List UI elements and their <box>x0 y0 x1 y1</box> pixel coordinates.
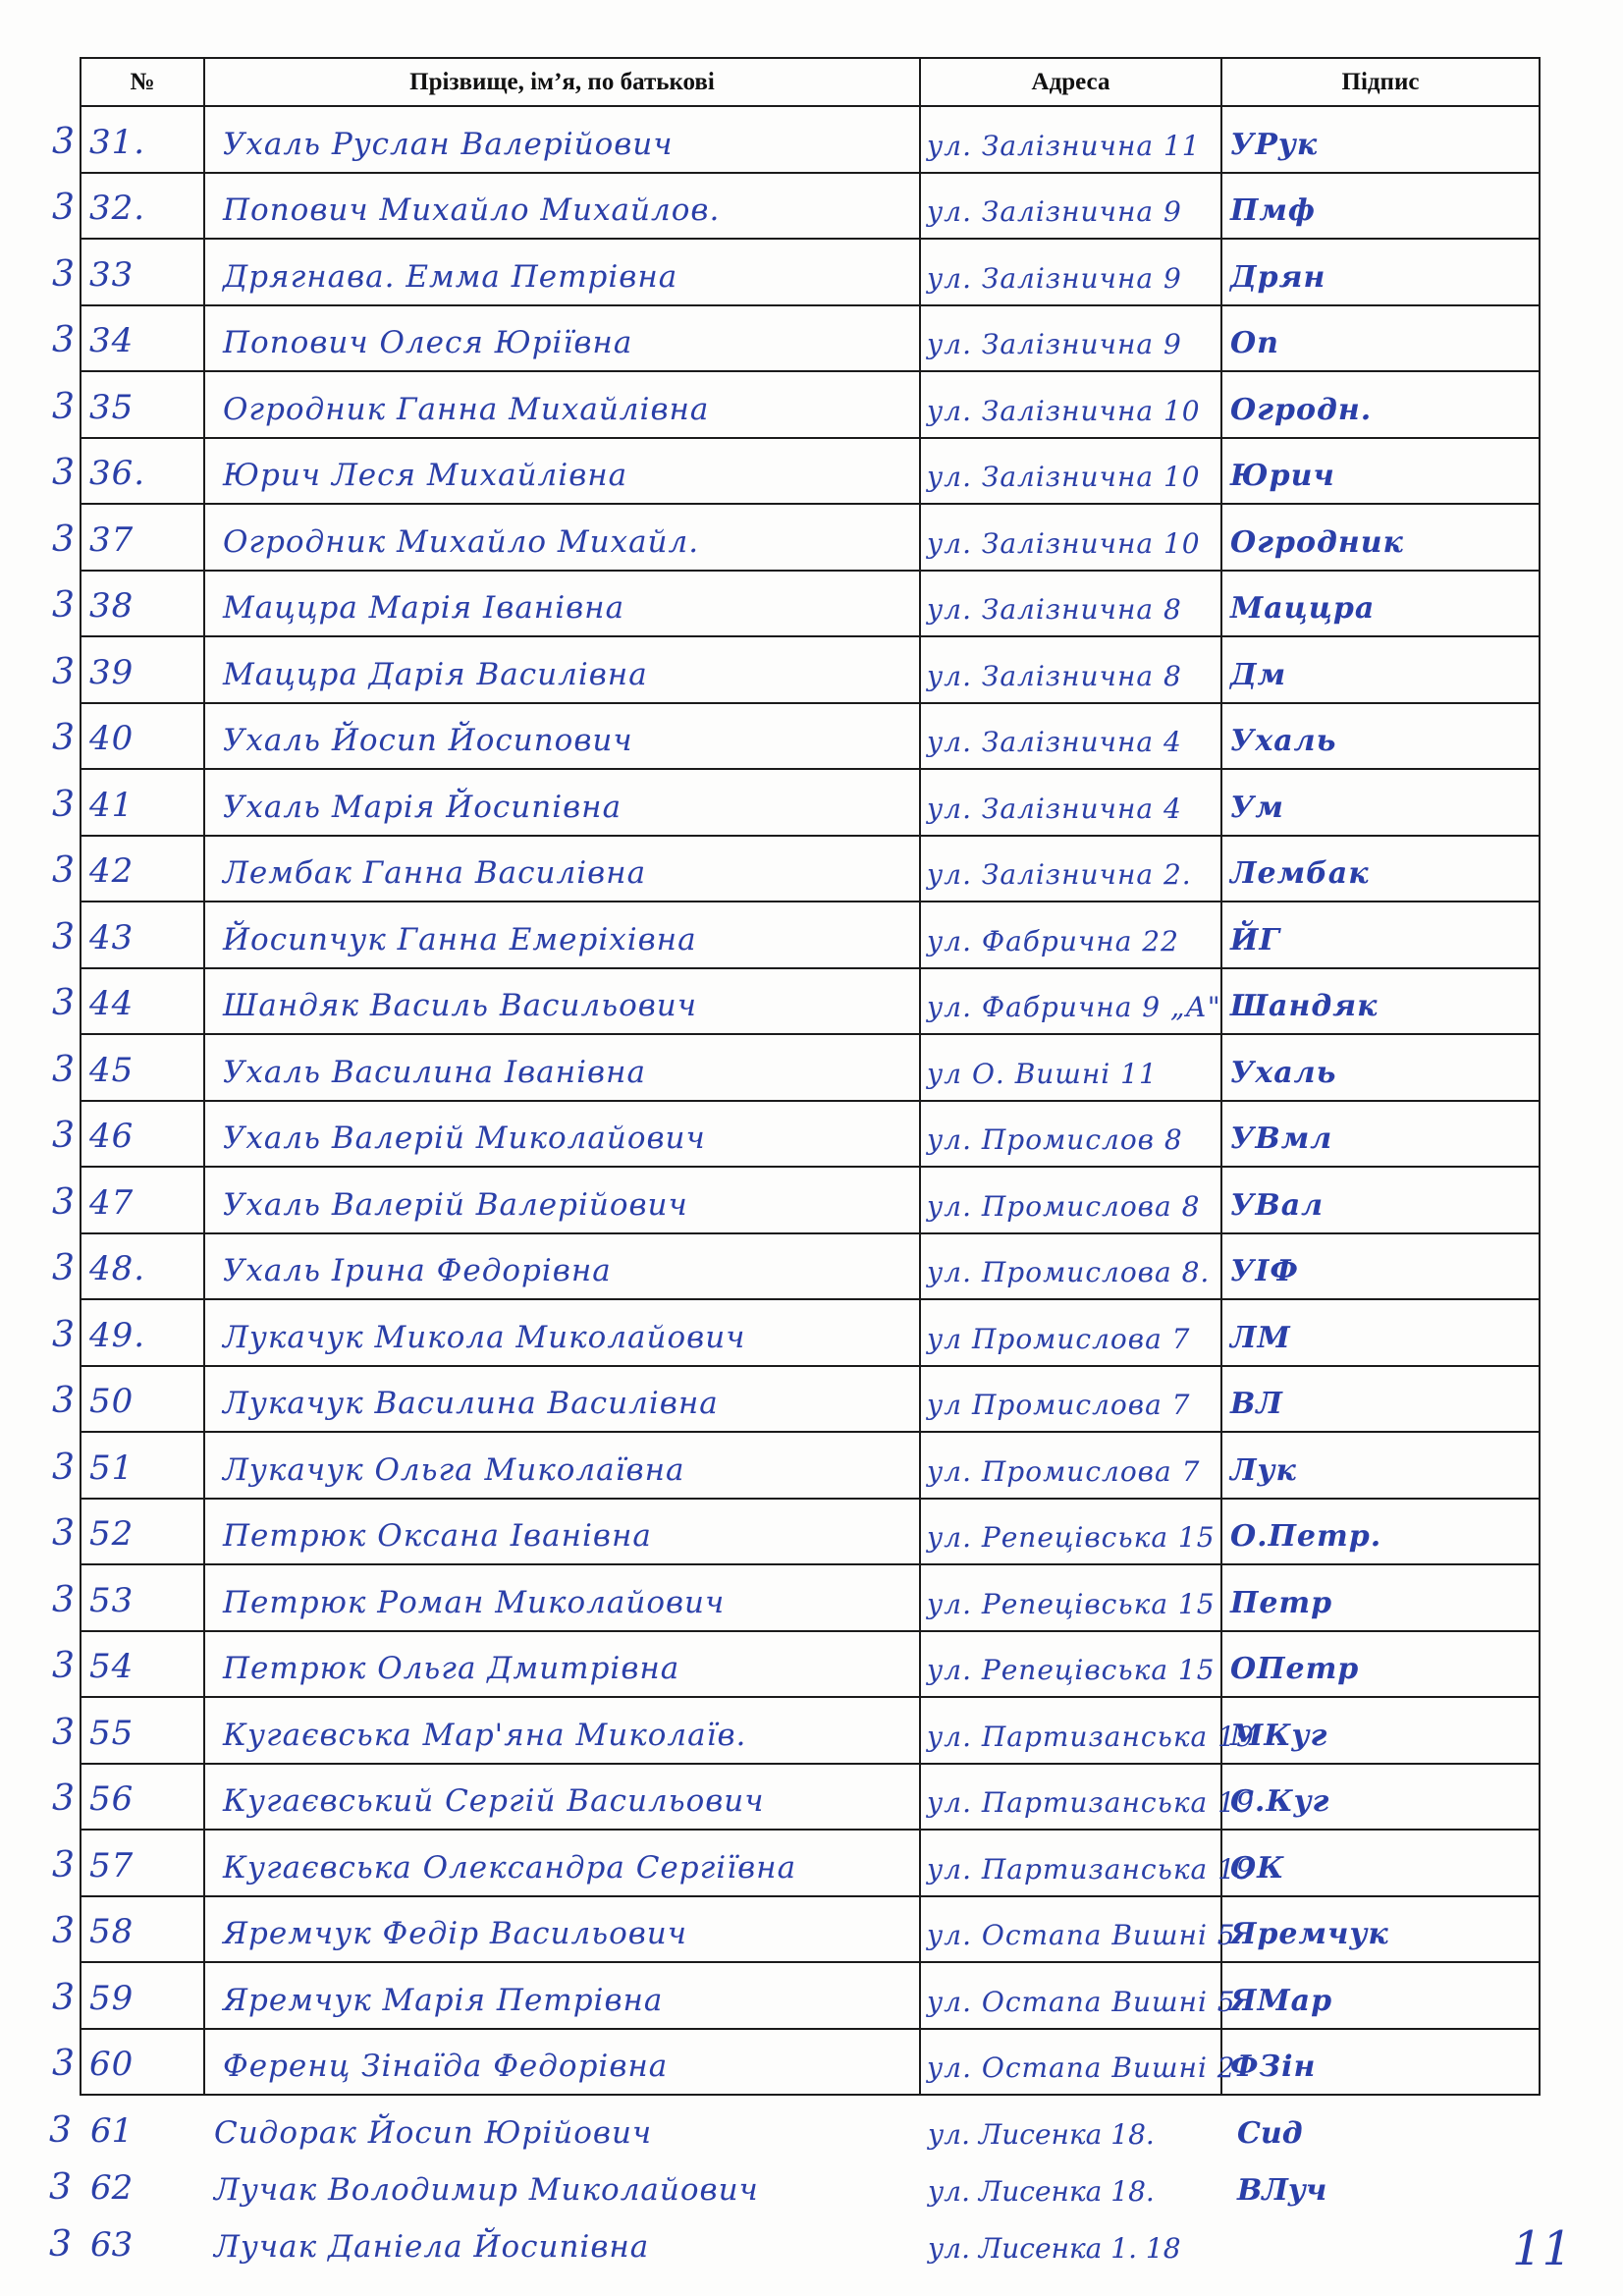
row-number-prefix: 3 <box>52 850 75 891</box>
full-name: Дрягнава. Емма Петрівна <box>205 259 919 304</box>
full-name: Маццра Дарія Василівна <box>205 657 919 702</box>
address-cell: ул. Залізнична 4 <box>920 703 1221 770</box>
name-cell: Огродник Михайло Михайл. <box>204 504 920 571</box>
address-cell: ул. Залізнична 9 <box>920 173 1221 240</box>
signature: Ум <box>1222 791 1539 835</box>
signature-cell: Огродн. <box>1221 371 1540 438</box>
number-cell: 337 <box>81 504 204 571</box>
signature-cell: Шандяк <box>1221 968 1540 1035</box>
signature-cell: ЛМ <box>1221 1299 1540 1366</box>
full-name: Ухаль Валерій Миколайович <box>205 1121 919 1166</box>
row-number-prefix: 3 <box>52 320 75 360</box>
address-cell: ул О. Вишні 11 <box>920 1034 1221 1101</box>
number-cell: 334 <box>81 305 204 372</box>
signature: МКуг <box>1222 1719 1539 1763</box>
row-number-prefix: 3 <box>52 1646 75 1686</box>
signature: ЙГ <box>1222 923 1539 967</box>
row-number: 43 <box>81 918 203 967</box>
row-number: 59 <box>81 1979 203 2028</box>
extra-row: 361Сидорак Йосип Юрійовичул. Лисенка 18.… <box>0 2100 1623 2157</box>
name-cell: Ференц Зінаїда Федорівна <box>204 2029 920 2096</box>
row-number: 50 <box>81 1382 203 1431</box>
row-number: 32. <box>81 189 203 238</box>
address-cell: ул. Фабрична 9 „А" <box>920 968 1221 1035</box>
address-cell: ул. Залізнична 9 <box>920 239 1221 305</box>
full-name: Лучак Володимир Миколайович <box>214 2172 759 2208</box>
address-cell: ул. Репецівська 15 <box>920 1499 1221 1565</box>
full-name: Ухаль Валерій Валерійович <box>205 1187 919 1232</box>
name-cell: Попович Михайло Михайлов. <box>204 173 920 240</box>
full-name: Попович Михайло Михайлов. <box>205 192 919 238</box>
row-number: 40 <box>81 719 203 768</box>
row-number: 51 <box>81 1449 203 1498</box>
name-cell: Ухаль Ірина Федорівна <box>204 1233 920 1300</box>
signature: Петр <box>1222 1586 1539 1630</box>
row-number-prefix: 3 <box>52 983 75 1023</box>
signature: Ухаль <box>1222 724 1539 768</box>
number-cell: 332. <box>81 173 204 240</box>
row-number-prefix: 3 <box>52 1448 75 1488</box>
address-cell: ул Промислова 7 <box>920 1366 1221 1433</box>
full-name: Кугаєвський Сергій Васильович <box>205 1783 919 1829</box>
row-number: 39 <box>81 653 203 702</box>
address-cell: ул. Залізнична 10 <box>920 504 1221 571</box>
address: ул. Партизанська 19 <box>921 1786 1220 1829</box>
signature-cell: Лембак <box>1221 836 1540 902</box>
table-row: 346Ухаль Валерій Миколайовичул. Промисло… <box>81 1101 1540 1168</box>
number-cell: 356 <box>81 1764 204 1831</box>
address: ул. Репецівська 15 <box>921 1521 1220 1563</box>
page-number: 11 <box>1512 2221 1572 2276</box>
name-cell: Кугаєвська Олександра Сергіївна <box>204 1830 920 1896</box>
number-cell: 341 <box>81 769 204 836</box>
signature: ОК <box>1222 1851 1539 1895</box>
address-cell: ул. Промислова 8 <box>920 1167 1221 1233</box>
table-row: 340Ухаль Йосип Йосиповичул. Залізнична 4… <box>81 703 1540 770</box>
table-row: 344Шандяк Василь Васильовичул. Фабрична … <box>81 968 1540 1035</box>
signature-cell: Ухаль <box>1221 1034 1540 1101</box>
signature: Шандяк <box>1222 989 1539 1033</box>
table-row: 355Кугаєвська Мар'яна Миколаїв.ул. Парти… <box>81 1697 1540 1764</box>
table-row: 350Лукачук Василина Василівнаул Промисло… <box>81 1366 1540 1433</box>
name-cell: Маццра Дарія Василівна <box>204 636 920 703</box>
row-number: 58 <box>81 1912 203 1961</box>
address-cell: ул. Партизанська 19 <box>920 1830 1221 1896</box>
address: ул. Залізнична 8 <box>921 593 1220 635</box>
address: ул Промислова 7 <box>921 1323 1220 1365</box>
name-cell: Петрюк Оксана Іванівна <box>204 1499 920 1565</box>
number-cell: 343 <box>81 902 204 968</box>
row-number: 38 <box>81 586 203 635</box>
signature-cell: Маццра <box>1221 571 1540 637</box>
address: ул. Партизанська 19 <box>921 1853 1220 1895</box>
signature: ЛМ <box>1222 1321 1539 1365</box>
header-full-name: Прізвище, ім’я, по батькові <box>204 58 920 106</box>
row-number-prefix: 3 <box>52 718 75 758</box>
row-number: 45 <box>81 1051 203 1100</box>
row-number-prefix: 3 <box>52 1315 75 1355</box>
address: ул. Залізнична 10 <box>921 395 1220 437</box>
address-cell: ул. Залізнична 2. <box>920 836 1221 902</box>
table-row: 358Яремчук Федір Васильовичул. Остапа Ви… <box>81 1896 1540 1963</box>
address: ул. Фабрична 22 <box>921 925 1220 967</box>
signature-cell: МКуг <box>1221 1697 1540 1764</box>
signature-cell: ЯМар <box>1221 1962 1540 2029</box>
row-number: 63 <box>90 2225 133 2265</box>
signature: С.Куг <box>1222 1784 1539 1829</box>
row-number-prefix: 3 <box>52 2044 75 2084</box>
extra-row: 362Лучак Володимир Миколайовичул. Лисенк… <box>0 2157 1623 2214</box>
address: ул. Партизанська 19 <box>921 1721 1220 1763</box>
number-cell: 346 <box>81 1101 204 1168</box>
address: ул. Лисенка 18. <box>928 2175 1155 2208</box>
table-row: 337Огродник Михайло Михайл.ул. Залізничн… <box>81 504 1540 571</box>
row-number-prefix: 3 <box>52 917 75 957</box>
full-name: Петрюк Оксана Іванівна <box>205 1518 919 1563</box>
address-cell: ул. Промислова 8. <box>920 1233 1221 1300</box>
signature: Лук <box>1222 1453 1539 1498</box>
full-name: Шандяк Василь Васильович <box>205 988 919 1033</box>
address-cell: ул. Партизанська 19 <box>920 1764 1221 1831</box>
full-name: Кугаєвська Мар'яна Миколаїв. <box>205 1718 919 1763</box>
signature: ВЛ <box>1222 1387 1539 1431</box>
address: ул. Лисенка 1. 18 <box>928 2232 1181 2265</box>
address-cell: ул. Партизанська 19 <box>920 1697 1221 1764</box>
address: ул. Залізнична 9 <box>921 262 1220 304</box>
full-name: Петрюк Ольга Дмитрівна <box>205 1651 919 1696</box>
address: ул. Залізнична 11 <box>921 130 1220 172</box>
address-cell: ул. Залізнична 8 <box>920 571 1221 637</box>
name-cell: Лукачук Василина Василівна <box>204 1366 920 1433</box>
address: ул. Залізнична 9 <box>921 195 1220 238</box>
number-cell: 335 <box>81 371 204 438</box>
full-name: Юрич Леся Михайлівна <box>205 458 919 503</box>
table-row: 338Маццра Марія Іванівнаул. Залізнична 8… <box>81 571 1540 637</box>
number-cell: 360 <box>81 2029 204 2096</box>
row-number: 55 <box>81 1714 203 1763</box>
table-row: 357Кугаєвська Олександра Сергіївнаул. Па… <box>81 1830 1540 1896</box>
row-number: 44 <box>81 984 203 1033</box>
signature: УВал <box>1222 1188 1539 1232</box>
address-cell: ул. Остапа Вишні 5 <box>920 1962 1221 2029</box>
full-name: Огродник Ганна Михайлівна <box>205 392 919 437</box>
row-number-prefix: 3 <box>52 1778 75 1819</box>
signature-cell: ЙГ <box>1221 902 1540 968</box>
signature: ВЛуч <box>1237 2173 1326 2208</box>
number-cell: 347 <box>81 1167 204 1233</box>
number-cell: 338 <box>81 571 204 637</box>
address: ул. Залізнична 8 <box>921 660 1220 702</box>
row-number: 53 <box>81 1581 203 1630</box>
row-number-prefix: 3 <box>52 188 75 228</box>
table-header-row: № Прізвище, ім’я, по батькові Адреса Під… <box>81 58 1540 106</box>
header-number: № <box>81 58 204 106</box>
row-number: 46 <box>81 1117 203 1166</box>
row-number-prefix: 3 <box>52 122 75 162</box>
row-number-prefix: 3 <box>52 585 75 626</box>
address: ул. Лисенка 18. <box>928 2118 1155 2151</box>
row-number-prefix: 3 <box>52 387 75 427</box>
full-name: Сидорак Йосип Юрійович <box>214 2115 652 2151</box>
signature: Дм <box>1222 658 1539 702</box>
table-row: 351Лукачук Ольга Миколаївнаул. Промислов… <box>81 1432 1540 1499</box>
full-name: Попович Олеся Юріївна <box>205 325 919 370</box>
signature: Ухаль <box>1222 1056 1539 1100</box>
number-cell: 333 <box>81 239 204 305</box>
number-cell: 340 <box>81 703 204 770</box>
signature-cell: ВЛ <box>1221 1366 1540 1433</box>
signature-cell: Ухаль <box>1221 703 1540 770</box>
row-number: 56 <box>81 1779 203 1829</box>
row-number-prefix: 3 <box>49 2224 72 2265</box>
signature: ЯМар <box>1222 1984 1539 2028</box>
name-cell: Шандяк Василь Васильович <box>204 968 920 1035</box>
signature-cell: Лук <box>1221 1432 1540 1499</box>
row-number-prefix: 3 <box>52 519 75 560</box>
table-row: 359Яремчук Марія Петрівнаул. Остапа Вишн… <box>81 1962 1540 2029</box>
full-name: Петрюк Роман Миколайович <box>205 1585 919 1630</box>
name-cell: Ухаль Василина Іванівна <box>204 1034 920 1101</box>
signature: Маццра <box>1222 591 1539 635</box>
address-cell: ул. Промислова 7 <box>920 1432 1221 1499</box>
number-cell: 354 <box>81 1631 204 1698</box>
full-name: Ухаль Василина Іванівна <box>205 1055 919 1100</box>
signature: Юрич <box>1222 459 1539 503</box>
table-row: 352Петрюк Оксана Іванівнаул. Репецівська… <box>81 1499 1540 1565</box>
row-number-prefix: 3 <box>49 2167 72 2208</box>
row-number-prefix: 3 <box>52 1978 75 2018</box>
number-cell: 348. <box>81 1233 204 1300</box>
table-row: 342Лембак Ганна Василівнаул. Залізнична … <box>81 836 1540 902</box>
row-number: 54 <box>81 1647 203 1696</box>
full-name: Йосипчук Ганна Емеріхівна <box>205 922 919 967</box>
address-cell: ул. Залізнична 10 <box>920 371 1221 438</box>
name-cell: Яремчук Марія Петрівна <box>204 1962 920 2029</box>
signature: УВмл <box>1222 1121 1539 1166</box>
row-number: 60 <box>81 2045 203 2094</box>
signature: Яремчук <box>1222 1917 1539 1961</box>
address-cell: ул. Остапа Вишні 2 <box>920 2029 1221 2096</box>
address: ул. Промислова 8. <box>921 1256 1220 1298</box>
signature-cell: ФЗін <box>1221 2029 1540 2096</box>
signature-table: № Прізвище, ім’я, по батькові Адреса Під… <box>80 57 1541 2096</box>
row-number-prefix: 3 <box>52 1182 75 1223</box>
full-name: Лембак Ганна Василівна <box>205 855 919 901</box>
name-cell: Кугаєвський Сергій Васильович <box>204 1764 920 1831</box>
number-cell: 339 <box>81 636 204 703</box>
row-number-prefix: 3 <box>52 1713 75 1753</box>
table-row: 349.Лукачук Микола Миколайовичул Промисл… <box>81 1299 1540 1366</box>
table-row: 356Кугаєвський Сергій Васильовичул. Парт… <box>81 1764 1540 1831</box>
table-row: 354Петрюк Ольга Дмитрівнаул. Репецівська… <box>81 1631 1540 1698</box>
signature: УІФ <box>1222 1254 1539 1298</box>
row-number: 48. <box>81 1249 203 1298</box>
table-row: 348.Ухаль Ірина Федорівнаул. Промислова … <box>81 1233 1540 1300</box>
address-cell: ул. Залізнична 8 <box>920 636 1221 703</box>
name-cell: Юрич Леся Михайлівна <box>204 438 920 505</box>
name-cell: Лукачук Микола Миколайович <box>204 1299 920 1366</box>
number-cell: 351 <box>81 1432 204 1499</box>
header-signature: Підпис <box>1221 58 1540 106</box>
address-cell: ул. Залізнична 9 <box>920 305 1221 372</box>
table-row: 333Дрягнава. Емма Петрівнаул. Залізнична… <box>81 239 1540 305</box>
signature-cell: Ум <box>1221 769 1540 836</box>
address: ул Промислова 7 <box>921 1389 1220 1431</box>
table-row: 341Ухаль Марія Йосипівнаул. Залізнична 4… <box>81 769 1540 836</box>
row-number-prefix: 3 <box>49 2110 72 2151</box>
address: ул. Остапа Вишні 2 <box>921 2051 1220 2094</box>
address-cell: ул Промислова 7 <box>920 1299 1221 1366</box>
signature-cell: Пмф <box>1221 173 1540 240</box>
address: ул. Промислов 8 <box>921 1123 1220 1166</box>
name-cell: Кугаєвська Мар'яна Миколаїв. <box>204 1697 920 1764</box>
address: ул О. Вишні 11 <box>921 1058 1220 1100</box>
row-number: 34 <box>81 321 203 370</box>
full-name: Яремчук Марія Петрівна <box>205 1983 919 2028</box>
full-name: Лукачук Василина Василівна <box>205 1386 919 1431</box>
number-cell: 359 <box>81 1962 204 2029</box>
signature: УРук <box>1222 128 1539 172</box>
address: ул. Залізнична 4 <box>921 726 1220 768</box>
signature: Пмф <box>1222 193 1539 238</box>
table-row: 353Петрюк Роман Миколайовичул. Репецівсь… <box>81 1564 1540 1631</box>
row-number: 31. <box>81 123 203 172</box>
number-cell: 349. <box>81 1299 204 1366</box>
full-name: Кугаєвська Олександра Сергіївна <box>205 1850 919 1895</box>
signature-cell: Дм <box>1221 636 1540 703</box>
table-row: 332.Попович Михайло Михайлов.ул. Залізни… <box>81 173 1540 240</box>
name-cell: Йосипчук Ганна Емеріхівна <box>204 902 920 968</box>
row-number-prefix: 3 <box>52 652 75 692</box>
full-name: Лукачук Ольга Миколаївна <box>205 1452 919 1498</box>
address-cell: ул. Репецівська 15 <box>920 1631 1221 1698</box>
full-name: Лукачук Микола Миколайович <box>205 1320 919 1365</box>
number-cell: 353 <box>81 1564 204 1631</box>
name-cell: Яремчук Федір Васильович <box>204 1896 920 1963</box>
row-number: 62 <box>90 2168 133 2208</box>
full-name: Ухаль Ірина Федорівна <box>205 1253 919 1298</box>
number-cell: 342 <box>81 836 204 902</box>
row-number: 47 <box>81 1183 203 1232</box>
address: ул. Залізнична 10 <box>921 527 1220 570</box>
signature-cell: ОПетр <box>1221 1631 1540 1698</box>
table-row: 347Ухаль Валерій Валерійовичул. Промисло… <box>81 1167 1540 1233</box>
address-cell: ул. Залізнична 10 <box>920 438 1221 505</box>
name-cell: Ухаль Йосип Йосипович <box>204 703 920 770</box>
signature-cell: Петр <box>1221 1564 1540 1631</box>
signature: ФЗін <box>1222 2050 1539 2094</box>
signature-cell: УВмл <box>1221 1101 1540 1168</box>
number-cell: 331. <box>81 106 204 173</box>
table-row: 343Йосипчук Ганна Емеріхівнаул. Фабрична… <box>81 902 1540 968</box>
row-number: 52 <box>81 1514 203 1563</box>
name-cell: Дрягнава. Емма Петрівна <box>204 239 920 305</box>
row-number-prefix: 3 <box>52 1513 75 1554</box>
address: ул. Залізнична 4 <box>921 793 1220 835</box>
number-cell: 355 <box>81 1697 204 1764</box>
address: ул. Залізнична 10 <box>921 461 1220 503</box>
name-cell: Ухаль Руслан Валерійович <box>204 106 920 173</box>
number-cell: 345 <box>81 1034 204 1101</box>
full-name: Огродник Михайло Михайл. <box>205 524 919 570</box>
signature: Дрян <box>1222 260 1539 304</box>
signature: Огродник <box>1222 525 1539 570</box>
row-number-prefix: 3 <box>52 453 75 493</box>
table-row: 360Ференц Зінаїда Федорівнаул. Остапа Ви… <box>81 2029 1540 2096</box>
full-name: Яремчук Федір Васильович <box>205 1916 919 1961</box>
row-number-prefix: 3 <box>52 1050 75 1090</box>
address: ул. Залізнична 2. <box>921 858 1220 901</box>
signature: Оп <box>1222 326 1539 370</box>
name-cell: Огродник Ганна Михайлівна <box>204 371 920 438</box>
address: ул. Залізнична 9 <box>921 328 1220 370</box>
signature-cell: УІФ <box>1221 1233 1540 1300</box>
row-number-prefix: 3 <box>52 1248 75 1288</box>
number-cell: 352 <box>81 1499 204 1565</box>
address-cell: ул. Фабрична 22 <box>920 902 1221 968</box>
signature: Лембак <box>1222 856 1539 901</box>
name-cell: Ухаль Валерій Миколайович <box>204 1101 920 1168</box>
row-number: 42 <box>81 851 203 901</box>
full-name: Ухаль Йосип Йосипович <box>205 723 919 768</box>
signature-cell: Дрян <box>1221 239 1540 305</box>
row-number-prefix: 3 <box>52 1116 75 1156</box>
number-cell: 344 <box>81 968 204 1035</box>
number-cell: 358 <box>81 1896 204 1963</box>
address-cell: ул. Остапа Вишні 5 <box>920 1896 1221 1963</box>
address: ул. Фабрична 9 „А" <box>921 991 1220 1033</box>
signature-cell: УВал <box>1221 1167 1540 1233</box>
name-cell: Петрюк Ольга Дмитрівна <box>204 1631 920 1698</box>
name-cell: Маццра Марія Іванівна <box>204 571 920 637</box>
full-name: Ухаль Марія Йосипівна <box>205 790 919 835</box>
signature: ОПетр <box>1222 1652 1539 1696</box>
name-cell: Петрюк Роман Миколайович <box>204 1564 920 1631</box>
row-number: 41 <box>81 786 203 835</box>
signature-cell: ОК <box>1221 1830 1540 1896</box>
address: ул. Остапа Вишні 5 <box>921 1919 1220 1961</box>
signature-cell: С.Куг <box>1221 1764 1540 1831</box>
full-name: Ференц Зінаїда Федорівна <box>205 2049 919 2094</box>
table-row: 331.Ухаль Руслан Валерійовичул. Залізнич… <box>81 106 1540 173</box>
table-row: 339Маццра Дарія Василівнаул. Залізнична … <box>81 636 1540 703</box>
signature-cell: О.Петр. <box>1221 1499 1540 1565</box>
address-cell: ул. Репецівська 15 <box>920 1564 1221 1631</box>
signature-cell: Юрич <box>1221 438 1540 505</box>
address: ул. Репецівська 15 <box>921 1588 1220 1630</box>
address-cell: ул. Залізнична 4 <box>920 769 1221 836</box>
row-number-prefix: 3 <box>52 254 75 295</box>
name-cell: Ухаль Марія Йосипівна <box>204 769 920 836</box>
row-number: 57 <box>81 1846 203 1895</box>
header-address: Адреса <box>920 58 1221 106</box>
signature: О.Петр. <box>1222 1519 1539 1563</box>
address: ул. Промислова 8 <box>921 1190 1220 1232</box>
address: ул. Остапа Вишні 5 <box>921 1986 1220 2028</box>
row-number: 61 <box>90 2111 133 2151</box>
name-cell: Попович Олеся Юріївна <box>204 305 920 372</box>
signature-sheet: № Прізвище, ім’я, по батькові Адреса Під… <box>0 0 1623 2296</box>
name-cell: Ухаль Валерій Валерійович <box>204 1167 920 1233</box>
address-cell: ул. Промислов 8 <box>920 1101 1221 1168</box>
row-number: 35 <box>81 388 203 437</box>
address: ул. Репецівська 15 <box>921 1654 1220 1696</box>
address-cell: ул. Залізнична 11 <box>920 106 1221 173</box>
full-name: Лучак Даніела Йосипівна <box>214 2229 649 2265</box>
number-cell: 336. <box>81 438 204 505</box>
signature-cell: Огродник <box>1221 504 1540 571</box>
extra-row: 363Лучак Даніела Йосипівнаул. Лисенка 1.… <box>0 2214 1623 2270</box>
